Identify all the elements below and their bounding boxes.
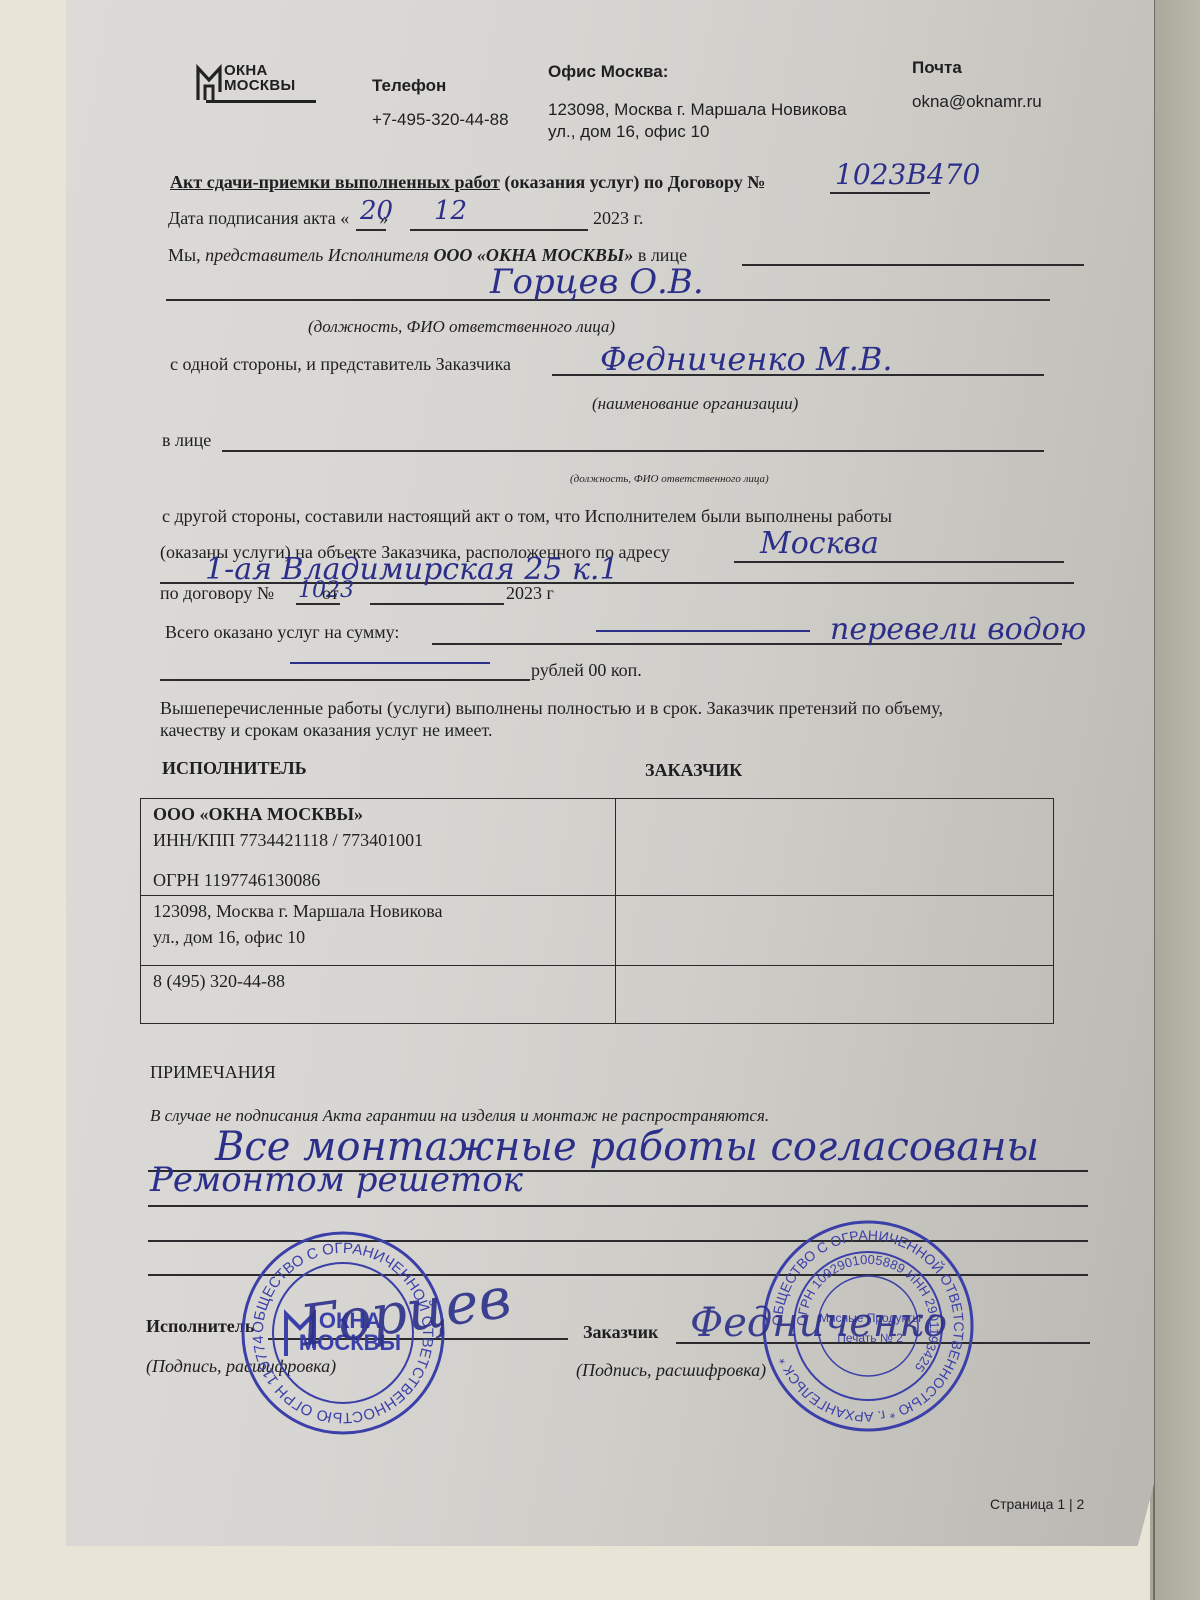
contract-number-handwritten: 1023В470 <box>835 158 980 191</box>
customer-signature-label: Заказчик <box>583 1322 658 1343</box>
executor-cell: 123098, Москва г. Маршала Новикова ул., … <box>141 896 616 966</box>
executor-representative-handwritten: Горцев О.В. <box>490 262 704 302</box>
total-dash-handwritten <box>596 630 810 632</box>
customer-signature-caption: (Подпись, расшифровка) <box>576 1360 766 1381</box>
customer-intro: с одной стороны, и представитель Заказчи… <box>170 354 511 375</box>
caption-organization: (наименование организации) <box>592 394 798 414</box>
table-row: 8 (495) 320-44-88 <box>141 966 1054 1024</box>
contract-ref-label: по договору № <box>160 583 274 604</box>
contract-ref-of: от <box>322 583 339 604</box>
customer-cell[interactable] <box>616 799 1054 896</box>
executor-heading: ИСПОЛНИТЕЛЬ <box>162 758 307 779</box>
notes-handwritten-2: Ремонтом решеток <box>150 1160 523 1200</box>
office-line1: 123098, Москва г. Маршала Новикова <box>548 98 847 122</box>
back-page <box>1150 0 1200 1600</box>
total-handwritten: перевели водою <box>830 612 1086 647</box>
address-street-handwritten: 1-ая Владимирская 25 к.1 <box>205 552 619 587</box>
amount-dash-handwritten <box>290 662 490 664</box>
customer-cell[interactable] <box>616 966 1054 1024</box>
completion-text-2: качеству и срокам оказания услуг не имее… <box>160 720 493 741</box>
executor-cell: ООО «ОКНА МОСКВЫ» ИНН/КПП 7734421118 / 7… <box>141 799 616 896</box>
parties-requisites-table: ООО «ОКНА МОСКВЫ» ИНН/КПП 7734421118 / 7… <box>140 798 1054 1024</box>
caption-position-small: (должность, ФИО ответственного лица) <box>570 473 769 485</box>
date-month-handwritten: 12 <box>434 196 467 226</box>
company-logo: ОКНАМОСКВЫ <box>196 62 318 106</box>
customer-cell[interactable] <box>616 896 1054 966</box>
address-city-handwritten: Москва <box>760 526 879 561</box>
phone-value[interactable]: +7-495-320-44-88 <box>372 108 509 132</box>
date-day-handwritten: 20 <box>360 196 393 226</box>
logo-m-icon <box>196 62 222 102</box>
phone-label: Телефон <box>372 76 446 96</box>
rubles-label: рублей 00 коп. <box>531 660 642 681</box>
logo-line2: МОСКВЫ <box>224 78 295 93</box>
in-person-label: в лице <box>162 430 211 451</box>
customer-signature-handwritten: Федниченко <box>690 1300 947 1346</box>
table-row: ООО «ОКНА МОСКВЫ» ИНН/КПП 7734421118 / 7… <box>141 799 1054 896</box>
customer-heading: ЗАКАЗЧИК <box>645 760 742 781</box>
notes-heading: ПРИМЕЧАНИЯ <box>150 1062 276 1083</box>
act-title-main: Акт сдачи-приемки выполненных работ <box>170 172 500 192</box>
contract-ref-year: 2023 г <box>506 583 554 604</box>
page-number: Страница 1 | 2 <box>990 1496 1084 1512</box>
customer-representative-handwritten: Федниченко М.В. <box>600 340 893 378</box>
notes-warning: В случае не подписания Акта гарантии на … <box>150 1106 769 1126</box>
act-title: Акт сдачи-приемки выполненных работ (ока… <box>170 172 765 193</box>
act-title-rest: (оказания услуг) по Договору № <box>500 172 766 192</box>
executor-cell: 8 (495) 320-44-88 <box>141 966 616 1024</box>
email-value[interactable]: okna@oknamr.ru <box>912 90 1042 114</box>
table-row: 123098, Москва г. Маршала Новикова ул., … <box>141 896 1054 966</box>
office-label: Офис Москва: <box>548 62 668 82</box>
logo-line1: ОКНА <box>224 63 295 78</box>
caption-position: (должность, ФИО ответственного лица) <box>308 317 615 337</box>
office-line2: ул., дом 16, офис 10 <box>548 120 709 144</box>
date-label: Дата подписания акта «» <box>168 208 388 229</box>
date-year: 2023 г. <box>593 208 643 229</box>
completion-text-1: Вышеперечисленные работы (услуги) выполн… <box>160 698 943 719</box>
logo-underline <box>206 100 316 103</box>
total-label: Всего оказано услуг на сумму: <box>165 622 399 643</box>
email-label: Почта <box>912 58 962 78</box>
other-side-text: с другой стороны, составили настоящий ак… <box>162 506 892 527</box>
